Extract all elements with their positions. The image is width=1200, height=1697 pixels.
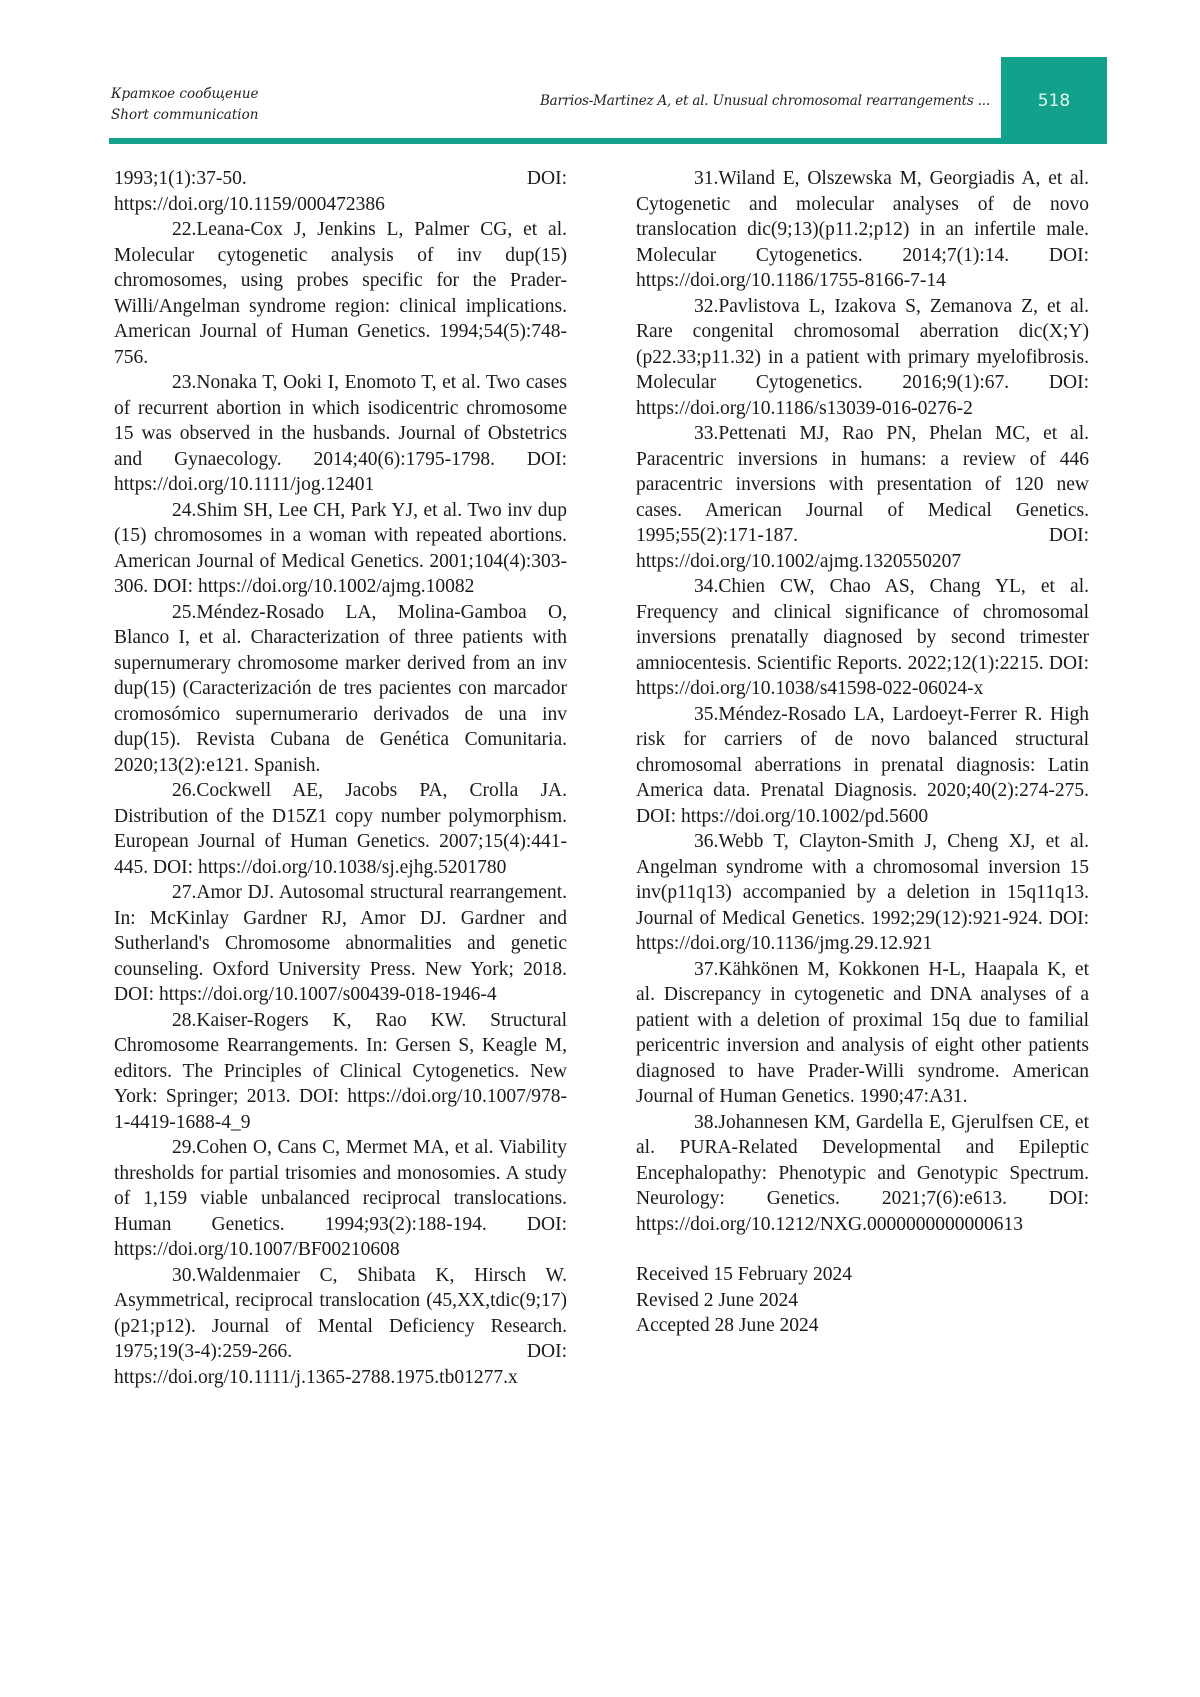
reference-31: 31.Wiland E, Olszewska M, Georgiadis A, …	[636, 166, 1089, 294]
continuation-doi-label: DOI:	[527, 166, 567, 192]
reference-continuation: 1993;1(1):37-50. DOI:	[114, 166, 567, 192]
continuation-citation: 1993;1(1):37-50.	[114, 166, 247, 192]
reference-28: 28.Kaiser-Rogers K, Rao KW. Structural C…	[114, 1008, 567, 1136]
reference-29: 29.Cohen O, Cans C, Mermet MA, et al. Vi…	[114, 1135, 567, 1263]
reference-23: 23.Nonaka T, Ooki I, Enomoto T, et al. T…	[114, 370, 567, 498]
reference-33: 33.Pettenati MJ, Rao PN, Phelan MC, et a…	[636, 421, 1089, 574]
reference-32: 32.Pavlistova L, Izakova S, Zemanova Z, …	[636, 294, 1089, 422]
page-header: Краткое сообщение Short communication Ba…	[0, 0, 1200, 150]
accepted-date: Accepted 28 June 2024	[636, 1313, 1089, 1339]
reference-36: 36.Webb T, Clayton-Smith J, Cheng XJ, et…	[636, 829, 1089, 957]
reference-30: 30.Waldenmaier C, Shibata K, Hirsch W. A…	[114, 1263, 567, 1391]
reference-26: 26.Cockwell AE, Jacobs PA, Crolla JA. Di…	[114, 778, 567, 880]
received-date: Received 15 February 2024	[636, 1262, 1089, 1288]
continuation-doi-link[interactable]: https://doi.org/10.1159/000472386	[114, 192, 567, 218]
article-dates: Received 15 February 2024 Revised 2 June…	[636, 1262, 1089, 1339]
section-label-ru: Краткое сообщение	[111, 84, 259, 105]
page-number-box: 518	[1001, 57, 1107, 144]
right-column: 31.Wiland E, Olszewska M, Georgiadis A, …	[636, 166, 1089, 1339]
revised-date: Revised 2 June 2024	[636, 1288, 1089, 1314]
left-column: 1993;1(1):37-50. DOI: https://doi.org/10…	[114, 166, 567, 1390]
page-number: 518	[1038, 91, 1070, 111]
reference-34: 34.Chien CW, Chao AS, Chang YL, et al. F…	[636, 574, 1089, 702]
reference-22: 22.Leana-Cox J, Jenkins L, Palmer CG, et…	[114, 217, 567, 370]
reference-35: 35.Méndez-Rosado LA, Lardoeyt-Ferrer R. …	[636, 702, 1089, 830]
running-title: Barrios-Martinez A, et al. Unusual chrom…	[540, 93, 990, 109]
reference-27: 27.Amor DJ. Autosomal structural rearran…	[114, 880, 567, 1008]
section-label: Краткое сообщение Short communication	[111, 84, 259, 126]
reference-37: 37.Kähkönen M, Kokkonen H-L, Haapala K, …	[636, 957, 1089, 1110]
section-label-en: Short communication	[111, 105, 259, 126]
header-rule	[109, 138, 1107, 144]
reference-38: 38.Johannesen KM, Gardella E, Gjerulfsen…	[636, 1110, 1089, 1238]
reference-24: 24.Shim SH, Lee CH, Park YJ, et al. Two …	[114, 498, 567, 600]
reference-25: 25.Méndez-Rosado LA, Molina-Gamboa O, Bl…	[114, 600, 567, 779]
